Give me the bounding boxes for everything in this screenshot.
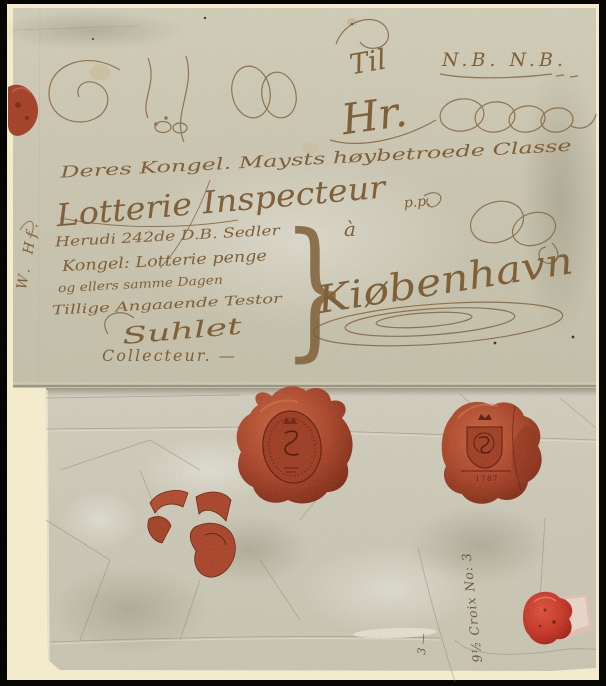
paper-grain-texture — [7, 4, 599, 680]
scanned-letter-cover: Til N.B. N.B. Hr. Deres Kongel. Maysts h… — [0, 0, 606, 686]
letter-scan-image: Til N.B. N.B. Hr. Deres Kongel. Maysts h… — [0, 0, 606, 686]
